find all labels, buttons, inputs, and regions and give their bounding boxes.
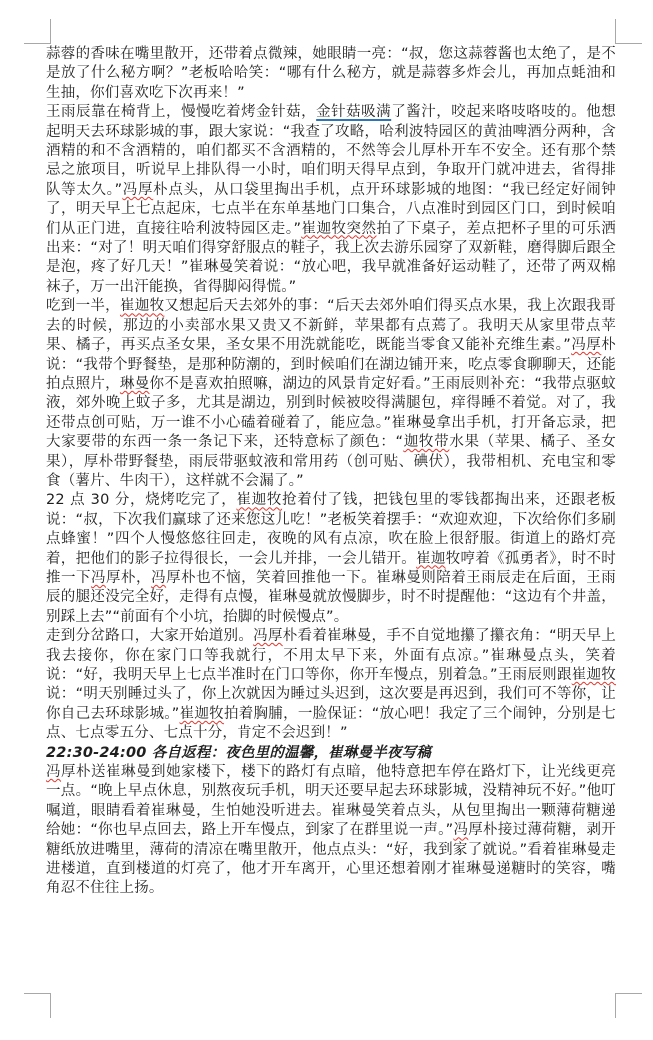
spellcheck-flagged-text: 崔迦牧: [236, 492, 282, 508]
section-heading: 22:30-24:00 各自返程：夜色里的温馨，崔琳曼半夜写稿: [46, 744, 616, 763]
spellcheck-flagged-text: 冯厚: [571, 337, 601, 353]
body-text: 走到分岔路口，大家开始道别。: [46, 628, 253, 644]
spellcheck-flagged-text: 崔迦牧: [572, 667, 616, 683]
spellcheck-flagged-text: 崔迦: [416, 551, 446, 567]
body-text: 吃到一半，: [46, 298, 120, 314]
paragraph: 冯厚朴送崔琳曼到她家楼下，楼下的路灯有点暗，他特意把车停在路灯下，让光线更亮一点…: [46, 763, 616, 899]
spellcheck-flagged-text: 崔迦牧: [120, 298, 164, 314]
paragraph: 吃到一半，崔迦牧又想起后天去郊外的事：“后天去郊外咱们得买点水果，我上次跟我哥去…: [46, 297, 616, 491]
crop-mark-top-right: [615, 19, 642, 44]
body-text: 王雨辰靠在椅背上，慢慢吃着烤金针菇，: [46, 104, 316, 120]
spellcheck-flagged-text: 冯: [46, 764, 61, 780]
spellcheck-flagged-text: 迦牧带: [403, 434, 449, 450]
spellcheck-flagged-text: 崔迦牧突然: [301, 221, 376, 237]
body-text: 22 点 30 分，烧烤吃完了，: [46, 492, 236, 508]
spellcheck-flagged-text: 冯: [151, 570, 166, 586]
crop-mark-bottom-right: [615, 993, 642, 1018]
paragraph: 蒜蓉的香味在嘴里散开，还带着点微辣，她眼睛一亮：“叔，您这蒜蓉酱也太绝了，是不是…: [46, 45, 616, 103]
spellcheck-flagged-text: 琳曼: [120, 376, 150, 392]
paragraph: 走到分岔路口，大家开始道别。冯厚朴看着崔琳曼，手不自觉地攥了攥衣角：“明天早上我…: [46, 627, 616, 743]
crop-mark-bottom-left: [24, 993, 51, 1018]
body-text: 厚朴，: [106, 570, 151, 586]
paragraph: 王雨辰靠在椅背上，慢慢吃着烤金针菇，金针菇吸满了酱汁，咬起来咯吱咯吱的。他想起明…: [46, 103, 616, 297]
paragraph: 22 点 30 分，烧烤吃完了，崔迦牧抢着付了钱，把钱包里的零钱都掏出来，还跟老…: [46, 491, 616, 627]
spellcheck-flagged-text: 冯厚: [122, 182, 153, 198]
spellcheck-flagged-text: 冯厚: [253, 628, 283, 644]
spellcheck-flagged-text: 冯: [91, 570, 106, 586]
grammar-flagged-text: 金针菇吸满: [316, 104, 391, 120]
body-text: 22:30-24:00 各自返程：夜色里的温馨，崔琳曼半夜写稿: [46, 745, 431, 761]
spellcheck-flagged-text: 冯: [453, 822, 468, 838]
document-page: 蒜蓉的香味在嘴里散开，还带着点微辣，她眼睛一亮：“叔，您这蒜蓉酱也太绝了，是不是…: [0, 0, 653, 1040]
crop-mark-top-left: [24, 19, 51, 44]
spellcheck-flagged-text: 崔迦牧: [180, 706, 224, 722]
body-text: 蒜蓉的香味在嘴里散开，还带着点微辣，她眼睛一亮：“叔，您这蒜蓉酱也太绝了，是不是…: [46, 46, 616, 101]
document-body[interactable]: 蒜蓉的香味在嘴里散开，还带着点微辣，她眼睛一亮：“叔，您这蒜蓉酱也太绝了，是不是…: [46, 45, 616, 899]
